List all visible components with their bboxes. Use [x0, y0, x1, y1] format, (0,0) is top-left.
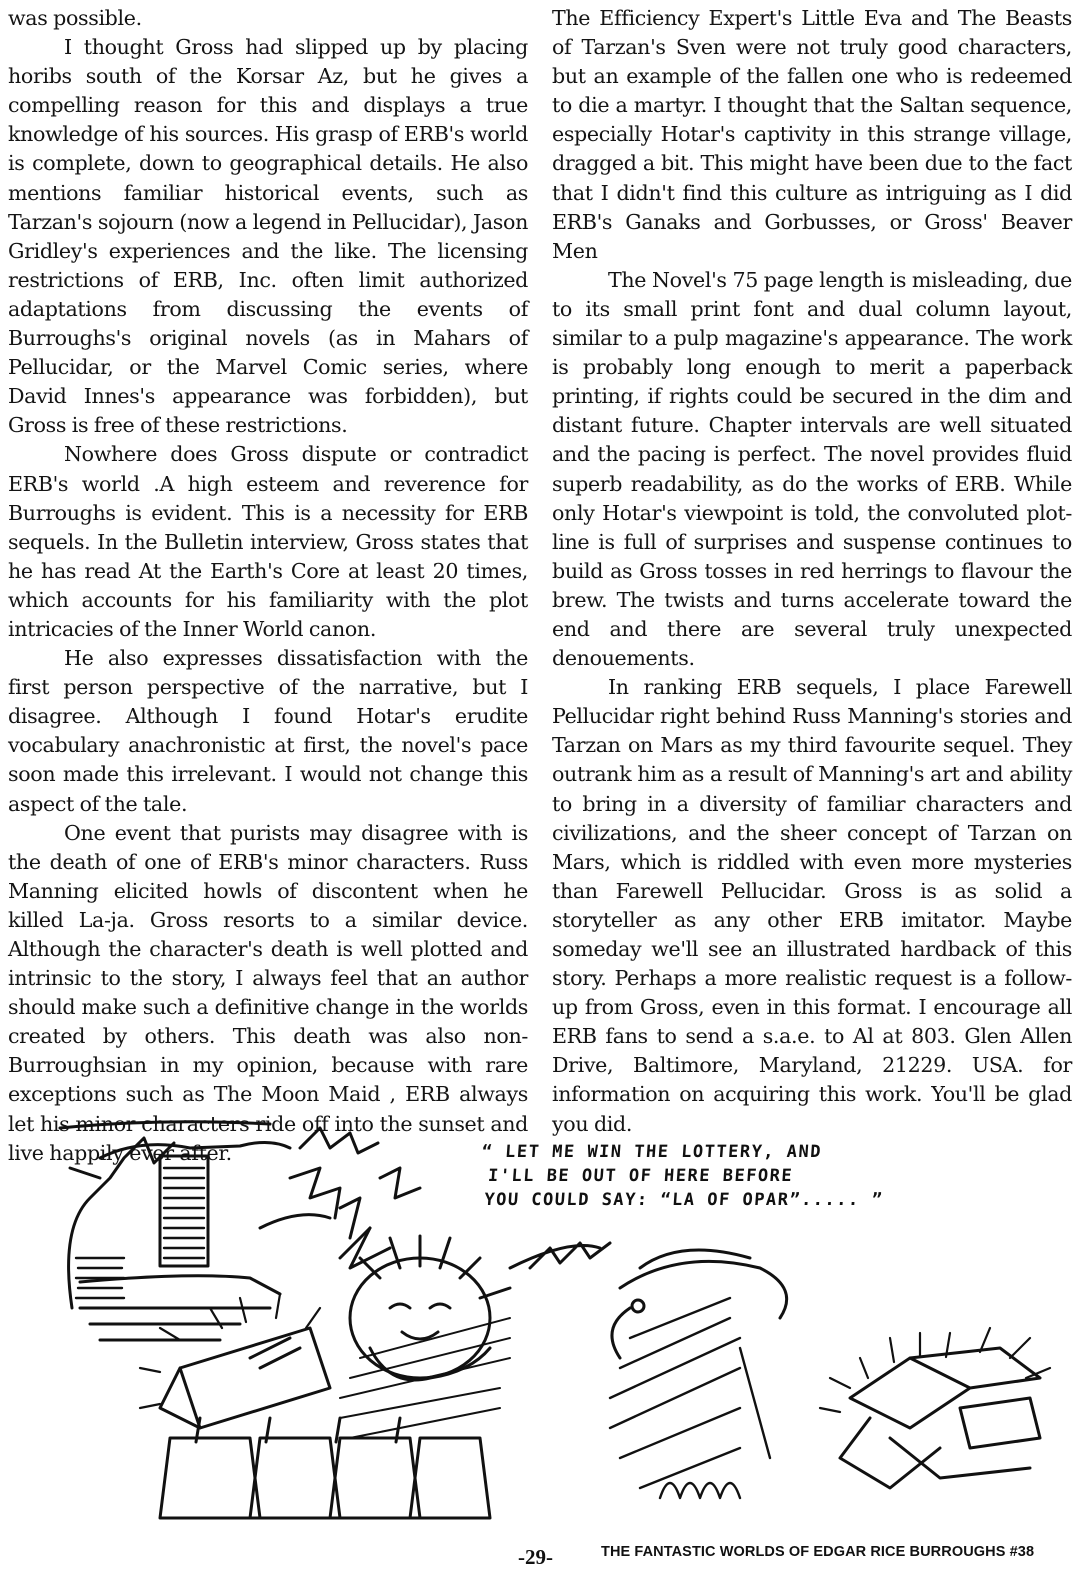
page-number: -29- — [518, 1545, 553, 1570]
speech-line: YOU COULD SAY: “LA OF OPAR”..... ” — [477, 1188, 999, 1212]
paragraph: was possible. — [8, 4, 528, 33]
paragraph: The Novel's 75 page length is misleading… — [552, 266, 1072, 673]
paragraph: I thought Gross had slipped up by placin… — [8, 33, 528, 440]
paragraph: In ranking ERB sequels, I place Farewell… — [552, 673, 1072, 1139]
speech-bubble-text: “ LET ME WIN THE LOTTERY, AND I'LL BE OU… — [477, 1140, 1002, 1212]
article-body: was possible. I thought Gross had slippe… — [8, 4, 1072, 1114]
speech-line: I'LL BE OUT OF HERE BEFORE — [479, 1164, 1001, 1188]
paragraph: The Efficiency Expert's Little Eva and T… — [552, 4, 1072, 266]
paragraph: He also expresses dissatisfaction with t… — [8, 644, 528, 819]
right-column: The Efficiency Expert's Little Eva and T… — [552, 4, 1072, 1114]
paragraph: One event that purists may disagree with… — [8, 819, 528, 1168]
page-footer: -29- THE FANTASTIC WORLDS OF EDGAR RICE … — [0, 1541, 1080, 1571]
speech-line: “ LET ME WIN THE LOTTERY, AND — [481, 1140, 1003, 1164]
left-column: was possible. I thought Gross had slippe… — [8, 4, 528, 1114]
paragraph: Nowhere does Gross dispute or contradict… — [8, 440, 528, 644]
magazine-title: THE FANTASTIC WORLDS OF EDGAR RICE BURRO… — [601, 1544, 1034, 1560]
